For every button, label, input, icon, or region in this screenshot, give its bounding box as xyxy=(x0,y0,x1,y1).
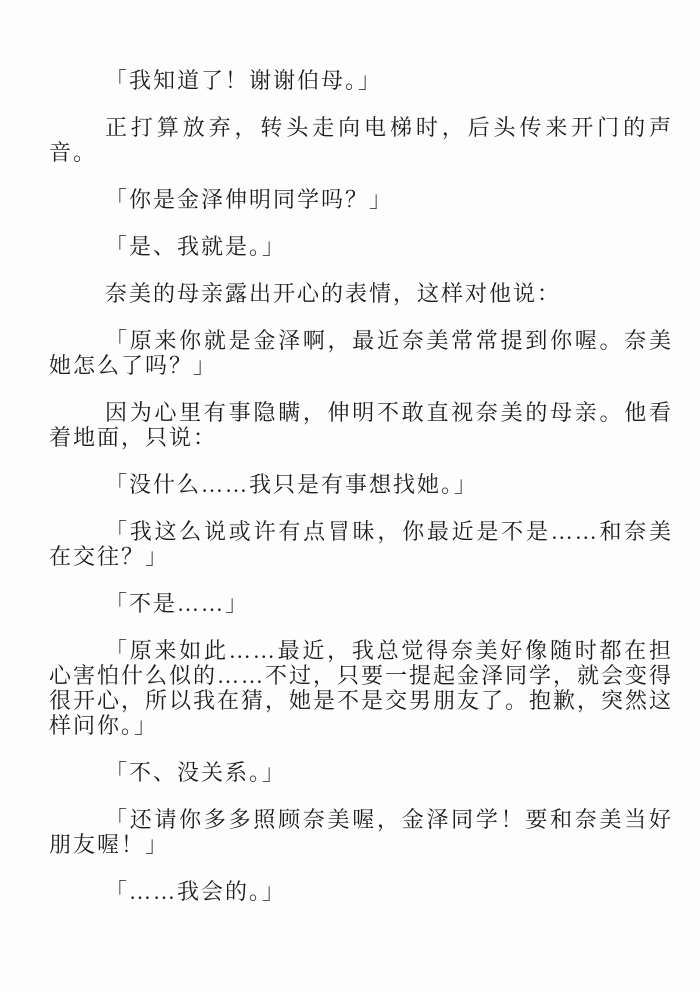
paragraph: 「我这么说或许有点冒昧，你最近是不是……和奈美在交往？」 xyxy=(49,519,673,569)
paragraph: 「我知道了！谢谢伯母。」 xyxy=(49,68,673,93)
paragraph: 因为心里有事隐瞒，伸明不敢直视奈美的母亲。他看着地面，只说： xyxy=(49,400,673,450)
paragraph: 奈美的母亲露出开心的表情，这样对他说： xyxy=(49,281,673,306)
paragraph: 「不是……」 xyxy=(49,591,673,616)
paragraph: 「……我会的。」 xyxy=(49,879,673,904)
paragraph: 「你是金泽伸明同学吗？」 xyxy=(49,187,673,212)
paragraph: 「是、我就是。」 xyxy=(49,234,673,259)
paragraph: 「原来你就是金泽啊，最近奈美常常提到你喔。奈美她怎么了吗？」 xyxy=(49,328,673,378)
novel-text-body: 「我知道了！谢谢伯母。」正打算放弃，转头走向电梯时，后头传来开门的声音。「你是金… xyxy=(49,68,673,904)
paragraph: 「不、没关系。」 xyxy=(49,760,673,785)
paragraph: 「没什么……我只是有事想找她。」 xyxy=(49,472,673,497)
paragraph: 「还请你多多照顾奈美喔，金泽同学！要和奈美当好朋友喔！」 xyxy=(49,807,673,857)
document-page: 「我知道了！谢谢伯母。」正打算放弃，转头走向电梯时，后头传来开门的声音。「你是金… xyxy=(0,0,700,992)
paragraph: 「原来如此……最近，我总觉得奈美好像随时都在担心害怕什么似的……不过，只要一提起… xyxy=(49,638,673,738)
paragraph: 正打算放弃，转头走向电梯时，后头传来开门的声音。 xyxy=(49,115,673,165)
